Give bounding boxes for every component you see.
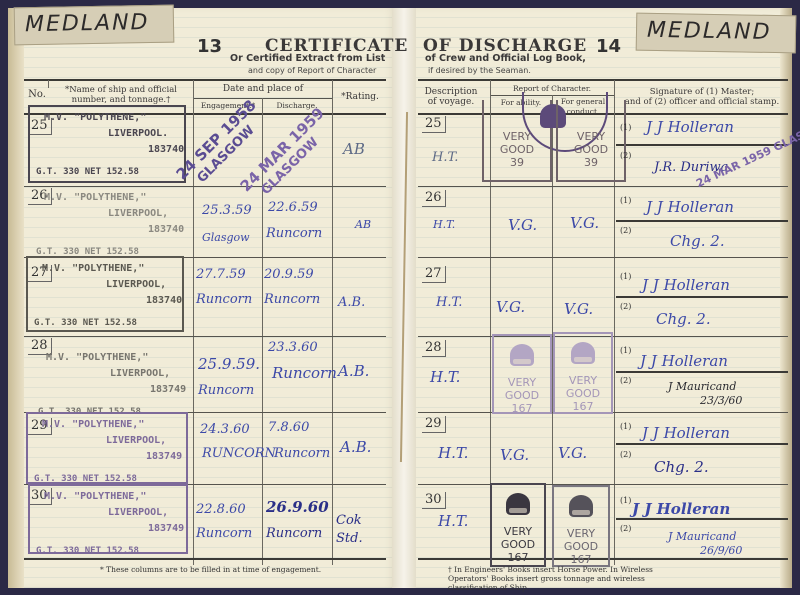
- sig-label-1: (1): [620, 346, 631, 355]
- engagement-place: RUNCORN: [202, 446, 276, 461]
- discharge-place: Runcorn: [264, 292, 320, 307]
- stamp-line: GOOD: [501, 538, 535, 551]
- col-header-voyage: Description of voyage.: [418, 87, 484, 107]
- stamp-line: VERY: [503, 130, 531, 143]
- engagement-place: Runcorn: [198, 383, 254, 398]
- conduct-grade: V.G.: [564, 300, 593, 318]
- ship-stamp: M.V. "POLYTHENE," LIVERPOOL, 183740 G.T.…: [26, 256, 184, 332]
- ship-port: LIVERPOOL,: [34, 433, 180, 449]
- col-header-ship: *Name of ship and official number, and t…: [50, 85, 192, 105]
- officer-date: 26/9/60: [700, 544, 742, 557]
- page-subnote-right: if desired by the Seaman.: [428, 66, 531, 75]
- ship-official-number: 183740: [34, 293, 176, 309]
- col-header-rating: *Rating.: [333, 92, 387, 102]
- master-signature: J J Holleran: [640, 352, 728, 370]
- ship-stamp: M.V. "POLYTHENE," LIVERPOOL, 183749 G.T.…: [30, 345, 188, 411]
- discharge-place: Runcorn: [272, 364, 337, 382]
- crown-icon: [510, 344, 534, 366]
- page-number-right: 14: [596, 36, 621, 57]
- ship-stamp: M.V. "POLYTHENE," LIVERPOOL, 183749 G.T.…: [28, 484, 188, 554]
- engagement-date: 22.8.60: [196, 502, 246, 517]
- col-header-date-place: Date and place of: [194, 84, 332, 94]
- officer-signature: Chg. 2.: [654, 458, 709, 476]
- master-signature: J J Holleran: [646, 118, 734, 136]
- sig-label-2: (2): [620, 376, 631, 385]
- stamp-line: 39: [584, 156, 598, 169]
- ship-official-number: 183749: [34, 449, 180, 465]
- name-tab-left: MEDLAND: [14, 5, 175, 46]
- stamp-line: GOOD: [564, 540, 598, 553]
- engagement-place: Runcorn: [196, 292, 252, 307]
- rating: AB: [355, 218, 371, 231]
- stamp-line: VERY: [504, 525, 532, 538]
- officer-date: 23/3/60: [700, 394, 742, 407]
- ship-official-number: 183740: [36, 222, 178, 238]
- engagement-place: Runcorn: [196, 526, 252, 541]
- footnote-right: † In Engineers' Books insert Horse Power…: [448, 565, 653, 592]
- row-divider: [418, 186, 788, 187]
- crown-icon: [569, 495, 593, 517]
- stamp-line: VERY: [577, 130, 605, 143]
- row-number: 28: [422, 340, 446, 357]
- row-divider: [418, 257, 788, 258]
- ability-grade: V.G.: [508, 216, 537, 234]
- ship-name: M.V. "POLYTHENE,": [36, 489, 180, 505]
- crown-icon: [571, 342, 595, 364]
- stamp-line: 39: [510, 156, 524, 169]
- discharge-place: Runcorn: [266, 526, 322, 541]
- col-header-voyage-line2: of voyage.: [428, 97, 475, 107]
- engagement-date: 25.9.59.: [198, 355, 260, 373]
- ship-port: LIVERPOOL,: [34, 277, 176, 293]
- ship-name: M.V. "POLYTHENE,": [36, 110, 178, 126]
- signature-divider: [616, 443, 788, 445]
- col-header-voyage-line1: Description: [425, 87, 478, 97]
- engagement-date: 27.7.59: [196, 267, 246, 282]
- footnote-line: classification of Ship.: [448, 583, 529, 592]
- ship-tonnage: G.T. 330 NET 152.58: [34, 315, 176, 331]
- sig-label-1: (1): [620, 496, 631, 505]
- row-number: 27: [422, 266, 446, 283]
- ship-stamp: M.V. "POLYTHENE," LIVERPOOL. 183740 G.T.…: [28, 105, 186, 183]
- col-header-signature: Signature of (1) Master; and of (2) offi…: [616, 87, 788, 107]
- ship-port: LIVERPOOL,: [36, 505, 180, 521]
- stamp-line: GOOD: [566, 387, 600, 400]
- officer-signature: Chg. 2.: [670, 232, 725, 250]
- voyage-description: H.T.: [432, 150, 458, 165]
- signature-divider: [616, 220, 788, 222]
- rating: A.B.: [340, 438, 371, 456]
- master-signature: J J Holleran: [642, 424, 730, 442]
- table-top-rule-right: [418, 79, 788, 81]
- col-divider: [332, 80, 333, 565]
- voyage-description: H.T.: [430, 368, 460, 386]
- page-number-left: 13: [197, 36, 222, 57]
- engagement-date: 25.3.59: [202, 203, 252, 218]
- col-header-ship-line2: number, and tonnage.†: [72, 95, 171, 105]
- row-number: 25: [422, 116, 446, 133]
- master-signature: J J Holleran: [646, 198, 734, 216]
- ship-name: M.V. "POLYTHENE,": [36, 190, 178, 206]
- master-signature: J J Holleran: [632, 500, 730, 518]
- conduct-grade: V.G.: [558, 444, 587, 462]
- row-number: 30: [422, 492, 446, 509]
- discharge-date: 22.6.59: [268, 200, 318, 215]
- officer-signature: Chg. 2.: [656, 310, 711, 328]
- page-subnote-left: and copy of Report of Character: [248, 66, 376, 75]
- engagement-place: Glasgow: [202, 231, 250, 244]
- discharge-date: 20.9.59: [264, 267, 314, 282]
- sig-label-1: (1): [620, 196, 631, 205]
- ship-port: LIVERPOOL,: [38, 366, 180, 382]
- stamp-line: VERY: [569, 374, 597, 387]
- discharge-place: Runcorn: [274, 446, 330, 461]
- ability-grade: V.G.: [496, 298, 525, 316]
- sig-label-2: (2): [620, 226, 631, 235]
- sig-label-2: (2): [620, 450, 631, 459]
- ship-stamp: M.V. "POLYTHENE," LIVERPOOL, 183740 G.T.…: [28, 185, 186, 255]
- ability-stamp: VERY GOOD 167: [492, 334, 552, 414]
- col-header-signature-line2: and of (2) officer and official stamp.: [625, 97, 779, 107]
- ship-tonnage: G.T. 330 NET 152.58: [36, 164, 178, 180]
- ship-name: M.V. "POLYTHENE,": [34, 417, 180, 433]
- footnote-line: † In Engineers' Books insert Horse Power…: [448, 565, 653, 574]
- stamp-line: GOOD: [505, 389, 539, 402]
- officer-signature: J Mauricand: [668, 530, 736, 543]
- ship-port: LIVERPOOL,: [36, 206, 178, 222]
- ship-stamp: M.V. "POLYTHENE," LIVERPOOL, 183749 G.T.…: [26, 412, 188, 484]
- header-divider: [194, 98, 332, 99]
- sig-label-2: (2): [620, 302, 631, 311]
- ability-stamp: VERY GOOD 167: [490, 483, 546, 567]
- row-number: 26: [422, 190, 446, 207]
- ship-name: M.V. "POLYTHENE,": [34, 261, 176, 277]
- col-header-no: No.: [26, 90, 48, 100]
- ability-grade: V.G.: [500, 446, 529, 464]
- discharge-date: 7.8.60: [268, 420, 309, 435]
- stamp-line: VERY: [567, 527, 595, 540]
- ship-official-number: 183749: [38, 382, 180, 398]
- voyage-description: H.T.: [436, 295, 462, 310]
- col-header-ship-line1: *Name of ship and official: [65, 85, 177, 95]
- discharge-date: 23.3.60: [268, 340, 318, 355]
- footnote-line: Operators' Books insert gross tonnage an…: [448, 574, 645, 583]
- voyage-description: H.T.: [438, 444, 468, 462]
- footnote-left: * These columns are to be filled in at t…: [100, 565, 321, 574]
- rating: Cok Std.: [336, 512, 376, 548]
- conduct-stamp: VERY GOOD 39: [556, 100, 626, 182]
- stamp-line: GOOD: [574, 143, 608, 156]
- crown-icon: [506, 493, 530, 515]
- rating: AB: [343, 140, 365, 158]
- sig-label-2: (2): [620, 524, 631, 533]
- sig-label-1: (1): [620, 422, 631, 431]
- name-tab-right: MEDLAND: [636, 13, 797, 54]
- rating: A.B.: [338, 295, 365, 310]
- discharge-place: Runcorn: [266, 226, 322, 241]
- page-subtitle-right: of Crew and Official Log Book,: [425, 53, 586, 64]
- ship-tonnage: G.T. 330 NET 152.58: [36, 543, 180, 559]
- page-subtitle-left: Or Certified Extract from List: [230, 53, 385, 64]
- discharge-date: 26.9.60: [266, 498, 329, 516]
- signature-divider: [616, 518, 788, 520]
- conduct-stamp: VERY GOOD 167: [553, 332, 613, 414]
- ship-official-number: 183749: [36, 521, 180, 537]
- stamp-line: 167: [512, 402, 533, 415]
- sig-label-1: (1): [620, 123, 631, 132]
- signature-divider: [616, 296, 788, 298]
- discharge-book-spread: MEDLAND MEDLAND 13 CERTIFICATE Or Certif…: [0, 0, 800, 595]
- master-signature: J J Holleran: [642, 276, 730, 294]
- conduct-stamp: VERY GOOD 167: [552, 485, 610, 567]
- signature-divider: [616, 371, 788, 373]
- officer-signature: J Mauricand: [668, 380, 736, 393]
- col-divider: [48, 80, 49, 88]
- voyage-description: H.T.: [438, 512, 468, 530]
- rating: A.B.: [338, 362, 369, 380]
- conduct-grade: V.G.: [570, 214, 599, 232]
- sig-label-1: (1): [620, 272, 631, 281]
- engagement-date: 24.3.60: [200, 422, 250, 437]
- ship-port: LIVERPOOL.: [36, 126, 178, 142]
- ship-name: M.V. "POLYTHENE,": [38, 350, 180, 366]
- row-number: 29: [422, 416, 446, 433]
- stamp-line: GOOD: [500, 143, 534, 156]
- col-header-signature-line1: Signature of (1) Master;: [650, 87, 754, 97]
- stamp-line: 167: [573, 400, 594, 413]
- row-divider: [24, 336, 386, 337]
- stamp-line: 167: [508, 551, 529, 564]
- sig-label-2: (2): [620, 151, 631, 160]
- voyage-description: H.T.: [433, 218, 455, 231]
- stamp-line: VERY: [508, 376, 536, 389]
- ship-official-number: 183740: [36, 142, 178, 158]
